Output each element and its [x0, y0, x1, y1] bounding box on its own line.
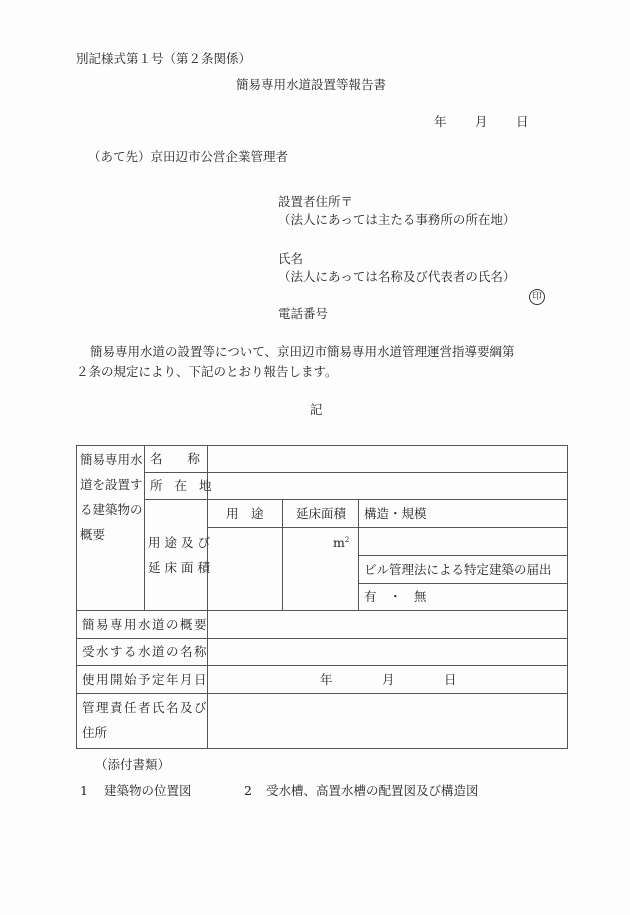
water-overview-label: 簡易専用水道の概要 — [82, 619, 208, 632]
name-input[interactable] — [208, 446, 566, 472]
building-overview-label-1: 簡易専用水 — [80, 454, 143, 467]
addressee: （あて先）京田辺市公営企業管理者 — [88, 151, 288, 164]
building-overview-label-2: 道を設置す — [80, 479, 143, 492]
floor-area-unit: m2 — [333, 537, 349, 550]
building-overview-label-3: る建築物の — [80, 504, 143, 517]
attachments-heading: （添付書類） — [95, 759, 170, 772]
yes-no-option[interactable]: 有 ・ 無 — [364, 591, 427, 604]
phone-label: 電話番号 — [278, 308, 328, 321]
structure-input[interactable] — [359, 528, 566, 554]
attachment-2: 受水槽、高置水槽の配置図及び構造図 — [266, 785, 479, 798]
address-note: （法人にあっては主たる事務所の所在地） — [278, 214, 515, 227]
manager-input[interactable] — [208, 694, 566, 747]
start-month: 月 — [382, 674, 395, 687]
date-day: 日 — [516, 116, 529, 129]
manager-label-1: 管理責任者氏名及び — [82, 702, 208, 715]
source-name-input[interactable] — [208, 639, 566, 665]
use-area-label-2: 延床面積 — [148, 562, 214, 575]
bldg-mgmt-label: ビル管理法による特定建築の届出 — [364, 564, 552, 577]
location-input[interactable] — [208, 473, 566, 499]
seal-icon: 印 — [529, 289, 545, 305]
source-name-label: 受水する水道の名称 — [82, 646, 208, 659]
document-title: 簡易専用水道設置等報告書 — [236, 79, 386, 92]
use-area-label-1: 用途及び — [148, 537, 214, 550]
name-row-label: 名 称 — [150, 453, 200, 466]
body-line-2: ２条の規定により、下記のとおり報告します。 — [76, 366, 338, 379]
start-date-label: 使用開始予定年月日 — [82, 674, 208, 687]
date-month: 月 — [475, 116, 488, 129]
attachment-2-number: 2 — [244, 785, 252, 798]
report-table: 簡易専用水 道を設置す る建築物の 概要 名 称 所 在 地 用途及び 延床面積… — [76, 445, 567, 748]
body-line-1: 簡易専用水道の設置等について、京田辺市簡易専用水道管理運営指導要綱第 — [90, 346, 515, 359]
start-day: 日 — [444, 674, 457, 687]
building-overview-label-4: 概要 — [80, 529, 105, 542]
location-row-label: 所 在 地 — [150, 480, 215, 493]
start-year: 年 — [320, 674, 333, 687]
name-note: （法人にあっては名称及び代表者の氏名） — [278, 271, 515, 284]
water-overview-input[interactable] — [208, 611, 566, 637]
attachment-1-number: 1 — [80, 785, 88, 798]
attachment-1: 建築物の位置図 — [104, 785, 192, 798]
form-number: 別記様式第１号（第２条関係） — [76, 53, 251, 66]
unit-m: m — [333, 535, 345, 550]
unit-superscript: 2 — [345, 536, 349, 544]
col-header-use: 用 途 — [226, 508, 264, 521]
use-input[interactable] — [208, 528, 281, 609]
date-year: 年 — [434, 116, 447, 129]
col-header-structure: 構造・規模 — [364, 508, 427, 521]
ki-heading: 記 — [310, 404, 323, 417]
manager-label-2: 住所 — [82, 727, 107, 740]
address-label: 設置者住所〒 — [278, 196, 353, 209]
name-label: 氏名 — [278, 253, 303, 266]
col-header-floor-area: 延床面積 — [296, 508, 346, 521]
